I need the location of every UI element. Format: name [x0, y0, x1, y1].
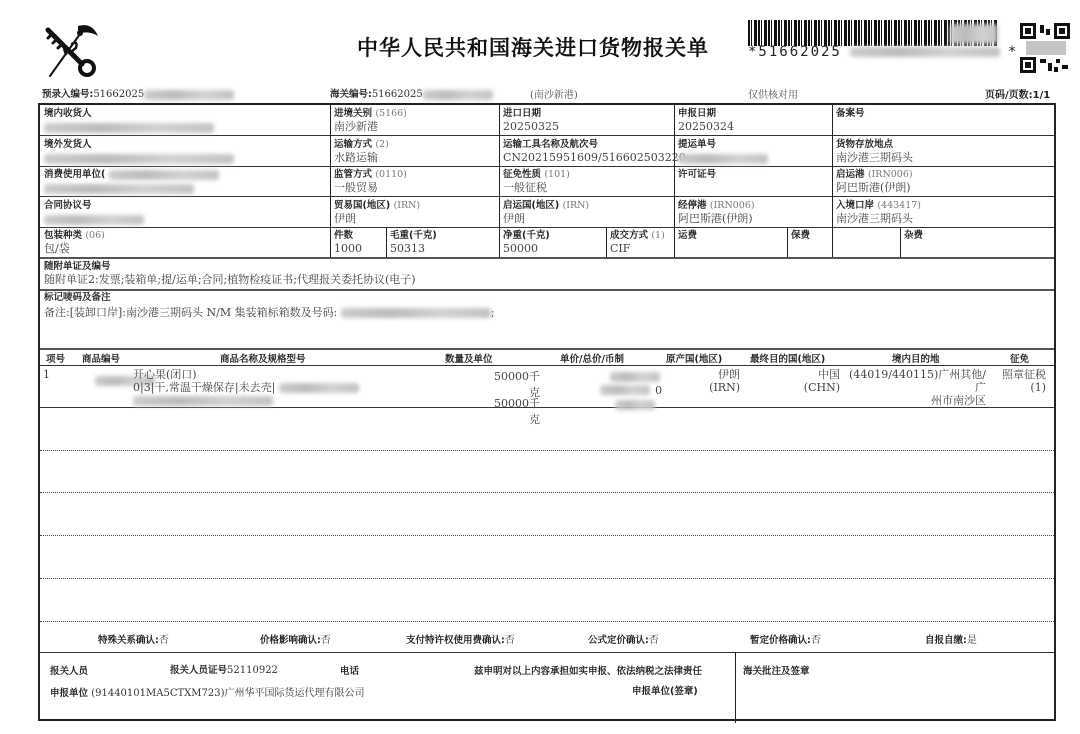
- goods-domestic-destination: (44019/440115)广州其他/广 州市南沙区: [846, 368, 986, 407]
- goods-name: 开心果(闭口) 0|3|干,常温干燥保存|未去壳|: [133, 368, 359, 407]
- goods-header-destination: 最终目的国(地区): [750, 351, 825, 365]
- trade-country-field: 贸易国(地区) (IRN) 伊朗: [334, 199, 420, 225]
- legal-statement: 兹申明对以上内容承担如实申报、依法纳税之法律责任: [474, 663, 702, 677]
- entry-customs-field: 进境关别 (5166) 南沙新港: [334, 107, 407, 133]
- barcode-number: *51662025*: [748, 44, 1018, 60]
- seal-label: 申报单位(签章): [632, 683, 698, 697]
- declare-date-field: 申报日期 20250324: [678, 107, 734, 133]
- transport-mode-field: 运输方式 (2) 水路运输: [334, 138, 389, 164]
- goods-levy: 照章征税 (1): [990, 368, 1046, 394]
- marks-remarks-field: 标记唛码及备注 备注:[装卸口岸]:南沙港三期码头 N/M 集装箱标箱数及号码:…: [44, 291, 495, 319]
- goods-header-code: 商品编号: [82, 351, 120, 365]
- declarant-id: 报关人员证号52110922: [170, 662, 278, 676]
- levy-nature-field: 征免性质 (101) 一般征税: [503, 168, 570, 194]
- goods-header-quantity: 数量及单位: [445, 351, 493, 365]
- import-date-field: 进口日期 20250325: [503, 107, 559, 133]
- net-weight-field: 净重(千克) 50000: [503, 229, 550, 255]
- package-type-field: 包装种类 (06) 包/袋: [44, 229, 105, 255]
- goods-header-origin: 原产国(地区): [666, 351, 722, 365]
- bill-number-field: 提运单号: [678, 138, 768, 164]
- record-number-field: 备案号: [836, 107, 865, 120]
- goods-item-no: 1: [43, 368, 50, 381]
- confirm-formula-pricing: 公式定价确认:否: [588, 631, 659, 646]
- customs-emblem-icon: [42, 22, 102, 80]
- goods-origin: 伊朗 (IRN): [680, 368, 740, 394]
- customs-number: 海关编号:51662025: [330, 86, 493, 100]
- freight-field: 运费: [678, 229, 697, 242]
- qr-code-icon: [1020, 23, 1070, 73]
- declaring-unit: 申报单位 (91440101MA5CTXM723)广州华平国际货运代理有限公司: [50, 684, 365, 699]
- goods-header-name: 商品名称及规格型号: [220, 351, 306, 365]
- gross-weight-field: 毛重(千克) 50313: [390, 229, 437, 255]
- deal-mode-field: 成交方式 (1) CIF: [610, 229, 665, 255]
- declaration-form: 境内收货人 进境关别 (5166) 南沙新港 进口日期 20250325 申报日…: [38, 103, 1056, 721]
- transit-port-field: 经停港 (IRN006) 阿巴斯港(伊朗): [678, 199, 755, 225]
- entry-port-field: 入境口岸 (443417) 南沙港三期码头: [836, 199, 921, 225]
- consignee-field: 境内收货人: [44, 107, 214, 133]
- contract-number-field: 合同协议号: [44, 199, 144, 225]
- departure-port-field: 启运港 (IRN006) 阿巴斯港(伊朗): [836, 168, 913, 194]
- confirm-price-impact: 价格影响确认:否: [260, 631, 331, 646]
- customs-sign-label: 海关批注及签章: [743, 663, 810, 677]
- misc-fee-field: 杂费: [904, 229, 923, 242]
- goods-price: 0: [600, 369, 662, 410]
- pieces-field: 件数 1000: [334, 229, 362, 255]
- attached-documents-field: 随附单证及编号 随附单证2:发票;装箱单;提/运单;合同;植物检疫证书;代理报关…: [44, 260, 416, 286]
- insurance-field: 保费: [791, 229, 810, 242]
- confirm-provisional-price: 暂定价格确认:否: [750, 631, 821, 646]
- goods-header-price: 单价/总价/币制: [560, 351, 624, 365]
- declarant-label: 报关人员: [50, 663, 88, 677]
- confirm-royalty: 支付特许权使用费确认:否: [406, 631, 515, 646]
- goods-header-levy: 征免: [1010, 351, 1029, 365]
- shipper-field: 境外发货人: [44, 138, 234, 164]
- phone-label: 电话: [340, 663, 359, 677]
- document-title: 中华人民共和国海关进口货物报关单: [357, 32, 709, 62]
- goods-destination: 中国 (CHN): [780, 368, 840, 394]
- goods-quantity-2: 50000千克: [485, 395, 540, 427]
- page-number: 页码/页数:1/1: [985, 86, 1050, 101]
- goods-header-item-no: 项号: [46, 351, 65, 365]
- confirm-special-relation: 特殊关系确认:否: [98, 631, 169, 646]
- vessel-field: 运输工具名称及航次号 CN20215951609/516602503220: [503, 138, 686, 164]
- redaction: [950, 24, 998, 44]
- license-number-field: 许可证号: [678, 168, 716, 181]
- departure-country-field: 启运国(地区) (IRN) 伊朗: [503, 199, 589, 225]
- consumer-unit-field: 消费使用单位(: [44, 168, 219, 194]
- supervision-mode-field: 监管方式 (0110) 一般贸易: [334, 168, 407, 194]
- port-name: (南沙新港): [530, 86, 578, 101]
- confirm-self-report: 自报自缴:是: [925, 631, 977, 646]
- verification-note: 仅供核对用: [748, 86, 798, 101]
- storage-location-field: 货物存放地点 南沙港三期码头: [836, 138, 913, 164]
- pre-entry-number: 预录入编号:51662025: [42, 86, 234, 100]
- goods-header-domestic: 境内目的地: [892, 351, 940, 365]
